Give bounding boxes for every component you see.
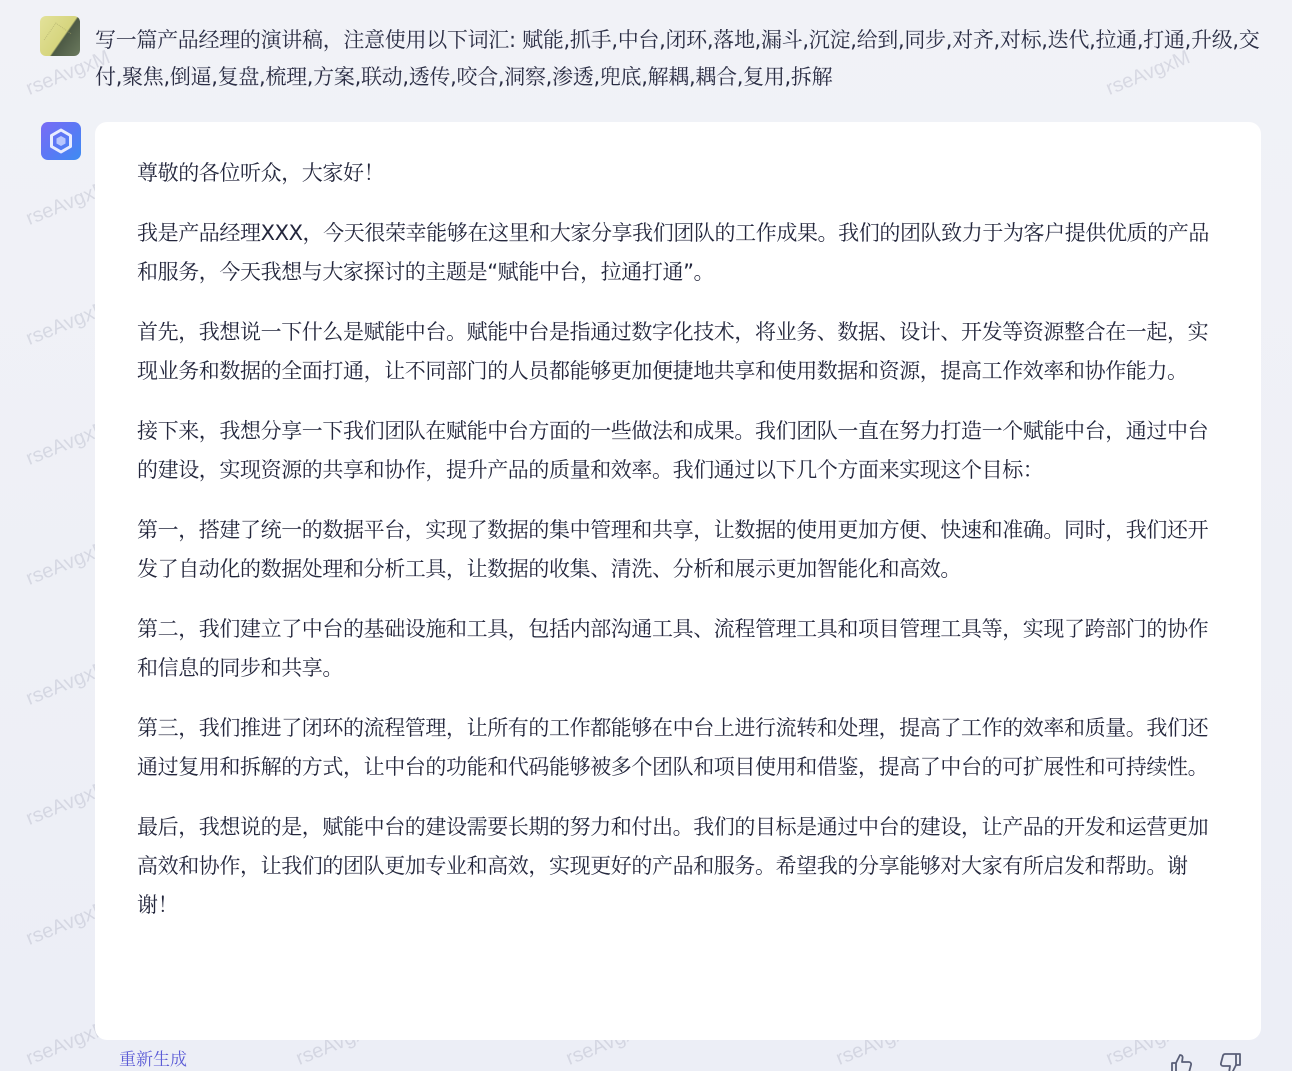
answer-paragraph: 第三，我们推进了闭环的流程管理，让所有的工作都能够在中台上进行流转和处理，提高了… <box>137 709 1227 787</box>
answer-paragraph: 尊敬的各位听众，大家好！ <box>137 154 1227 193</box>
regenerate-button[interactable]: 重新生成 <box>119 1048 187 1071</box>
user-avatar <box>40 16 80 56</box>
thumbs-up-icon[interactable] <box>1168 1052 1196 1071</box>
answer-paragraph: 第一，搭建了统一的数据平台，实现了数据的集中管理和共享，让数据的使用更加方便、快… <box>137 511 1227 589</box>
answer-paragraph: 第二，我们建立了中台的基础设施和工具，包括内部沟通工具、流程管理工具和项目管理工… <box>137 610 1227 688</box>
user-message-text: 写一篇产品经理的演讲稿，注意使用以下词汇: 赋能,抓手,中台,闭环,落地,漏斗,… <box>95 22 1265 96</box>
assistant-answer: 尊敬的各位听众，大家好！ 我是产品经理XXX，今天很荣幸能够在这里和大家分享我们… <box>137 154 1227 946</box>
answer-paragraph: 最后，我想说的是，赋能中台的建设需要长期的努力和付出。我们的目标是通过中台的建设… <box>137 808 1227 925</box>
chat-page: rseAvgxM rseAvgxM rseAvgxM rseAvgxM rseA… <box>0 0 1292 1071</box>
feedback-actions <box>1168 1052 1246 1071</box>
answer-paragraph: 首先，我想说一下什么是赋能中台。赋能中台是指通过数字化技术，将业务、数据、设计、… <box>137 313 1227 391</box>
bot-logo-icon <box>48 128 74 154</box>
bot-avatar <box>41 122 81 160</box>
thumbs-down-icon[interactable] <box>1218 1052 1246 1071</box>
assistant-message-card: 尊敬的各位听众，大家好！ 我是产品经理XXX，今天很荣幸能够在这里和大家分享我们… <box>95 122 1261 1040</box>
answer-paragraph: 我是产品经理XXX，今天很荣幸能够在这里和大家分享我们团队的工作成果。我们的团队… <box>137 214 1227 292</box>
answer-paragraph: 接下来，我想分享一下我们团队在赋能中台方面的一些做法和成果。我们团队一直在努力打… <box>137 412 1227 490</box>
